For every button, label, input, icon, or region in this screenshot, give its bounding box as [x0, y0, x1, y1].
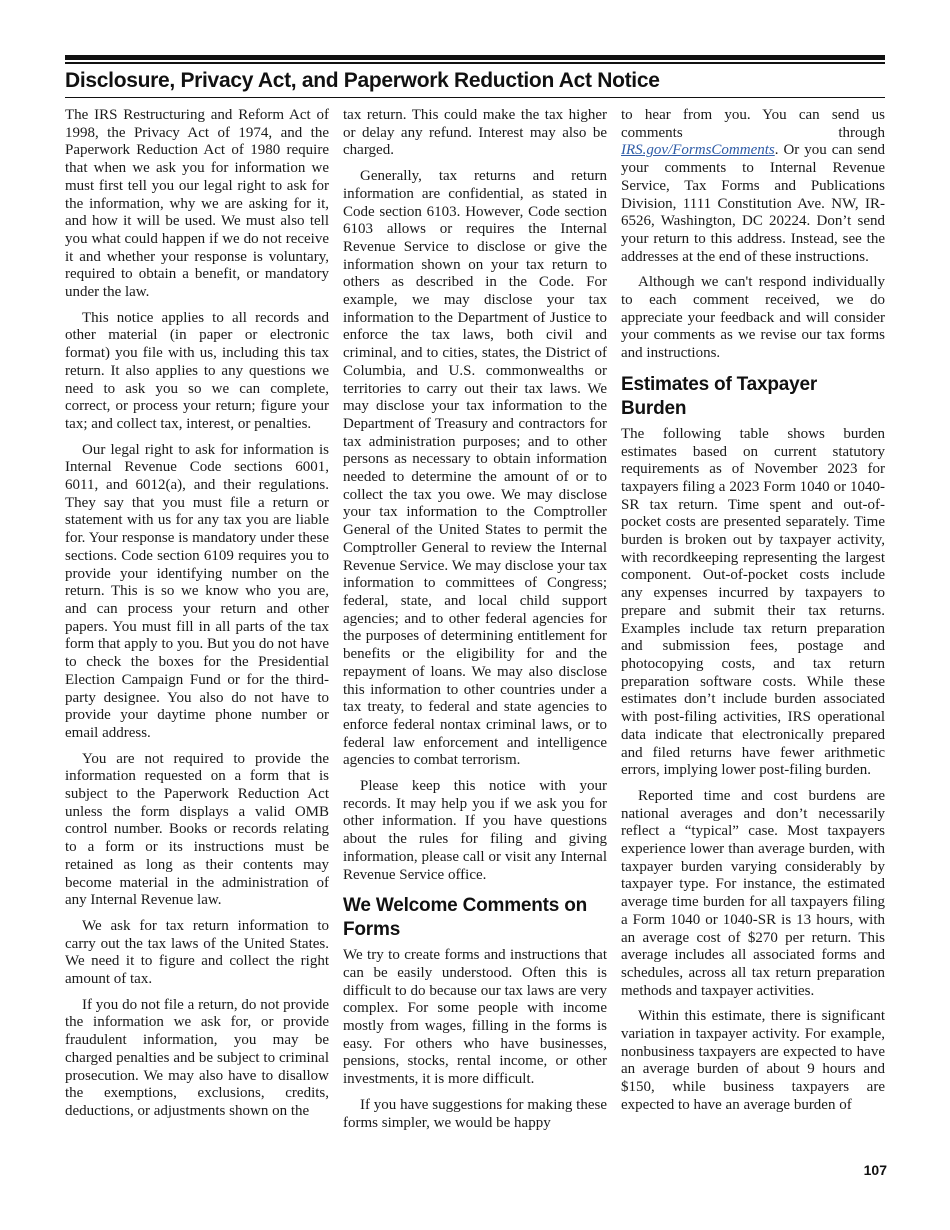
paragraph: The following table shows burden estimat… [621, 426, 885, 780]
paragraph: The IRS Restructuring and Reform Act of … [65, 107, 329, 302]
paragraph: We ask for tax return information to car… [65, 918, 329, 989]
paragraph: tax return. This could make the tax high… [343, 107, 607, 160]
section-heading-estimates-of-taxpayer-burden: Estimates of Taxpayer Burden [621, 373, 885, 421]
paragraph: Although we can't respond individually t… [621, 274, 885, 363]
top-double-rule [65, 55, 885, 64]
title-underline-rule [65, 97, 885, 98]
paragraph: Generally, tax returns and return inform… [343, 168, 607, 770]
paragraph: Within this estimate, there is significa… [621, 1008, 885, 1114]
paragraph: If you do not file a return, do not prov… [65, 997, 329, 1121]
page-title: Disclosure, Privacy Act, and Paperwork R… [65, 68, 885, 94]
paragraph: Reported time and cost burdens are natio… [621, 788, 885, 1000]
paragraph-text: . Or you can send your comments to Inter… [621, 142, 885, 264]
column-2: tax return. This could make the tax high… [343, 107, 607, 1140]
paragraph-with-link: to hear from you. You can send us commen… [621, 107, 885, 266]
three-column-body: The IRS Restructuring and Reform Act of … [65, 107, 885, 1140]
column-1: The IRS Restructuring and Reform Act of … [65, 107, 329, 1140]
section-heading-we-welcome-comments-on-forms: We Welcome Comments on Forms [343, 894, 607, 942]
document-page: Disclosure, Privacy Act, and Paperwork R… [0, 0, 950, 1230]
paragraph-text: to hear from you. You can send us commen… [621, 107, 885, 141]
paragraph: You are not required to provide the info… [65, 751, 329, 910]
paragraph: Our legal right to ask for information i… [65, 442, 329, 743]
column-3: to hear from you. You can send us commen… [621, 107, 885, 1140]
paragraph: If you have suggestions for making these… [343, 1097, 607, 1132]
paragraph: We try to create forms and instructions … [343, 947, 607, 1089]
irs-forms-comments-link[interactable]: IRS.gov/FormsComments [621, 142, 775, 158]
paragraph: Please keep this notice with your record… [343, 778, 607, 884]
paragraph: This notice applies to all records and o… [65, 310, 329, 434]
page-number: 107 [864, 1162, 887, 1178]
